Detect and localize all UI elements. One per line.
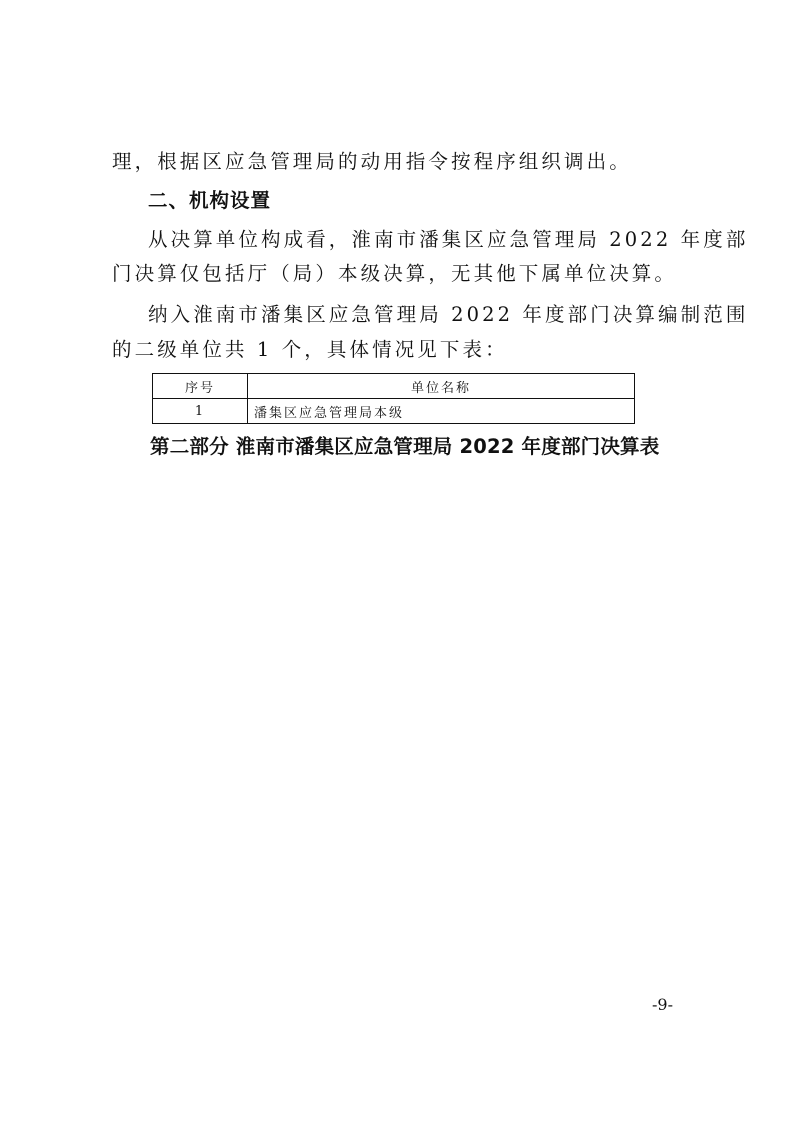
paragraph-line: 纳入淮南市潘集区应急管理局 2022 年度部门决算编制范围	[148, 305, 748, 325]
paragraph-line: 门决算仅包括厅（局）本级决算，无其他下属单位决算。	[112, 264, 677, 284]
section-heading: 二、机构设置	[148, 191, 271, 211]
units-table: 序号 单位名称 1 潘集区应急管理局本级	[152, 373, 635, 424]
part-title: 第二部分 淮南市潘集区应急管理局 2022 年度部门决算表	[150, 437, 659, 457]
cell-unit-name: 潘集区应急管理局本级	[248, 399, 635, 424]
table-row: 1 潘集区应急管理局本级	[153, 399, 635, 424]
header-serial: 序号	[153, 374, 248, 399]
page-number: -9-	[652, 995, 673, 1014]
header-unit-name: 单位名称	[248, 374, 635, 399]
table-header-row: 序号 单位名称	[153, 374, 635, 399]
paragraph-line: 的二级单位共 1 个，具体情况见下表：	[112, 340, 508, 360]
paragraph-line: 从决算单位构成看，淮南市潘集区应急管理局 2022 年度部	[148, 230, 748, 250]
cell-serial: 1	[153, 399, 248, 424]
paragraph-continuation: 理，根据区应急管理局的动用指令按程序组织调出。	[112, 152, 632, 172]
document-page: 理，根据区应急管理局的动用指令按程序组织调出。 二、机构设置 从决算单位构成看，…	[0, 0, 793, 1122]
